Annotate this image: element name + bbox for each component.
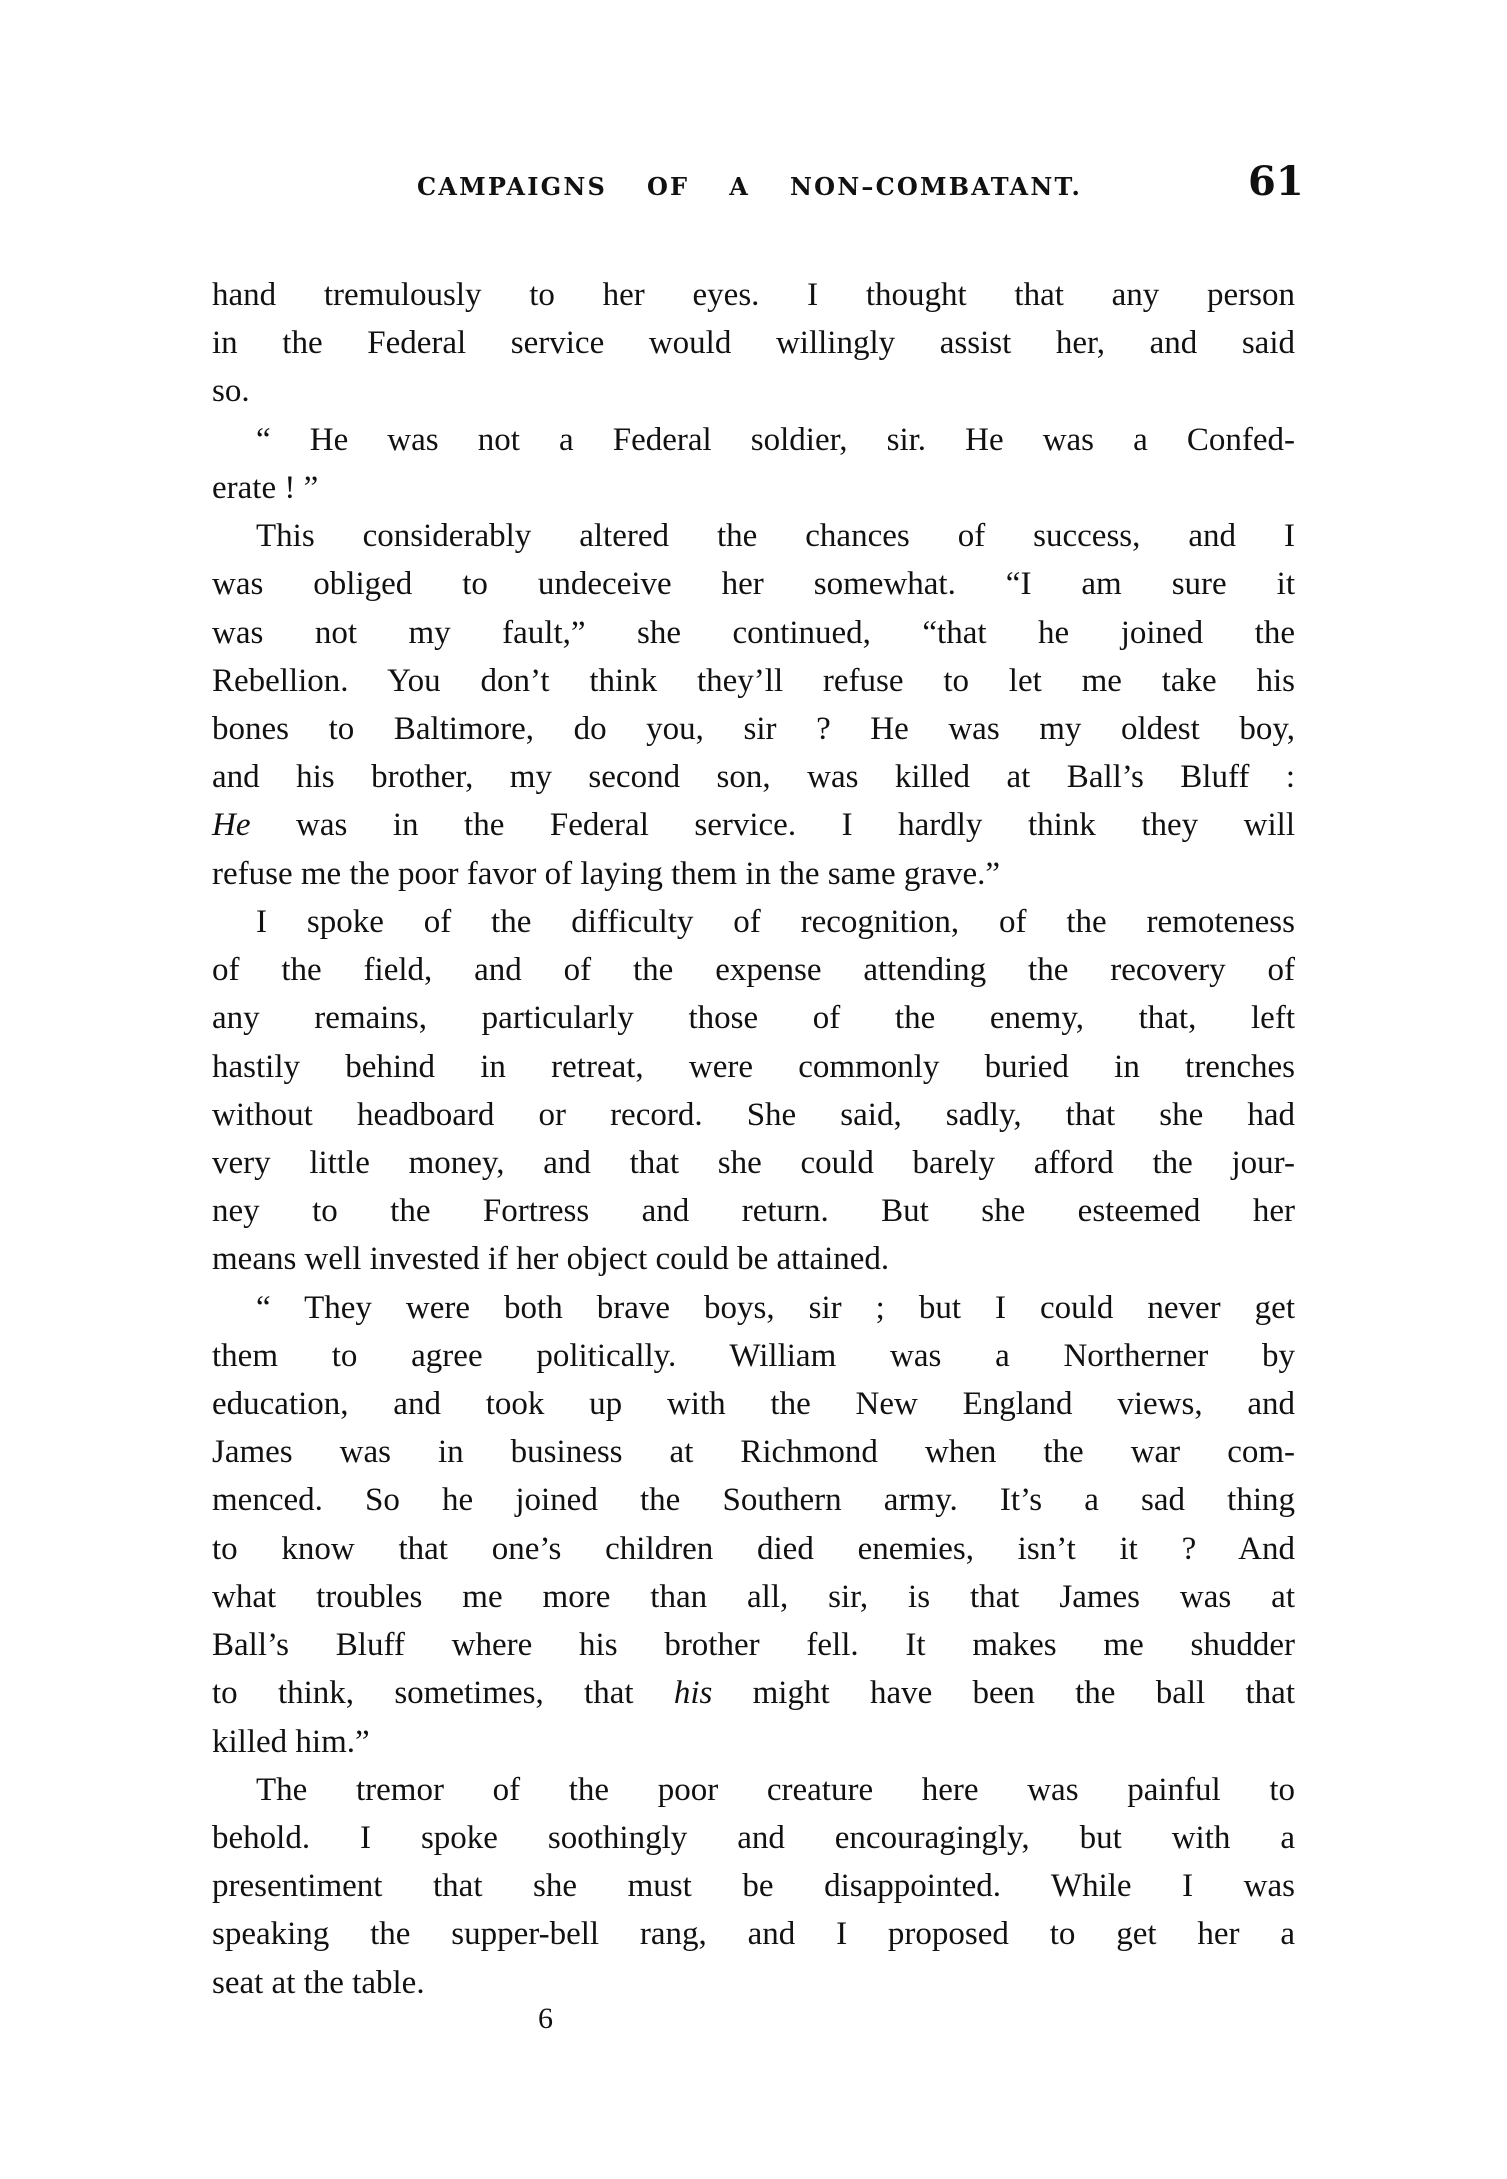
text-line: The tremor of the poor creature here was…: [212, 1766, 1295, 1814]
text-line: Ball’s Bluff where his brother fell. It …: [212, 1621, 1295, 1669]
italic-word: He: [212, 807, 250, 843]
text-fragment: was in the Federal service. I hardly thi…: [296, 807, 1295, 843]
text-line: killed him.”: [212, 1718, 1295, 1766]
text-line: ney to the Fortress and return. But she …: [212, 1187, 1295, 1235]
text-line: menced. So he joined the Southern army. …: [212, 1476, 1295, 1524]
text-line: This considerably altered the chances of…: [212, 512, 1295, 560]
page-body: hand tremulously to her eyes. I thought …: [212, 271, 1295, 2007]
text-line: and his brother, my second son, was kill…: [212, 753, 1295, 801]
text-line: in the Federal service would willingly a…: [212, 319, 1295, 367]
text-line: refuse me the poor favor of laying them …: [212, 850, 1295, 898]
page-number: 61: [1248, 160, 1304, 204]
italic-word: his: [674, 1675, 713, 1711]
text-line: James was in business at Richmond when t…: [212, 1428, 1295, 1476]
text-line: seat at the table.: [212, 1959, 1295, 2007]
text-line-with-italic: to think, sometimes, that his might have…: [212, 1669, 1295, 1717]
text-line: what troubles me more than all, sir, is …: [212, 1573, 1295, 1621]
text-line-with-italic: He was in the Federal service. I hardly …: [212, 801, 1295, 849]
text-line: I spoke of the difficulty of recognition…: [212, 898, 1295, 946]
text-fragment: to think, sometimes, that: [212, 1675, 634, 1711]
text-fragment: might have been the ball that: [753, 1675, 1295, 1711]
text-line: Rebellion. You don’t think they’ll refus…: [212, 657, 1295, 705]
text-line: them to agree politically. William was a…: [212, 1332, 1295, 1380]
text-line: was not my fault,” she continued, “that …: [212, 609, 1295, 657]
text-line: to know that one’s children died enemies…: [212, 1525, 1295, 1573]
running-head: CAMPAIGNS OF A NON–COMBATANT.: [417, 170, 1082, 204]
text-line: “ He was not a Federal soldier, sir. He …: [212, 416, 1295, 464]
text-line: education, and took up with the New Engl…: [212, 1380, 1295, 1428]
text-line: speaking the supper-bell rang, and I pro…: [212, 1910, 1295, 1958]
text-line: any remains, particularly those of the e…: [212, 994, 1295, 1042]
text-line: erate ! ”: [212, 464, 1295, 512]
text-line: hastily behind in retreat, were commonly…: [212, 1043, 1295, 1091]
text-line: was obliged to undeceive her somewhat. “…: [212, 560, 1295, 608]
text-line: behold. I spoke soothingly and encouragi…: [212, 1814, 1295, 1862]
signature-mark: 6: [538, 2002, 553, 2036]
text-line: presentiment that she must be disappoint…: [212, 1862, 1295, 1910]
text-line: hand tremulously to her eyes. I thought …: [212, 271, 1295, 319]
text-line: without headboard or record. She said, s…: [212, 1091, 1295, 1139]
text-line: very little money, and that she could ba…: [212, 1139, 1295, 1187]
text-line: means well invested if her object could …: [212, 1235, 1295, 1283]
text-line: “ They were both brave boys, sir ; but I…: [212, 1284, 1295, 1332]
text-line: of the field, and of the expense attendi…: [212, 946, 1295, 994]
text-line: bones to Baltimore, do you, sir ? He was…: [212, 705, 1295, 753]
text-line: so.: [212, 367, 1295, 415]
